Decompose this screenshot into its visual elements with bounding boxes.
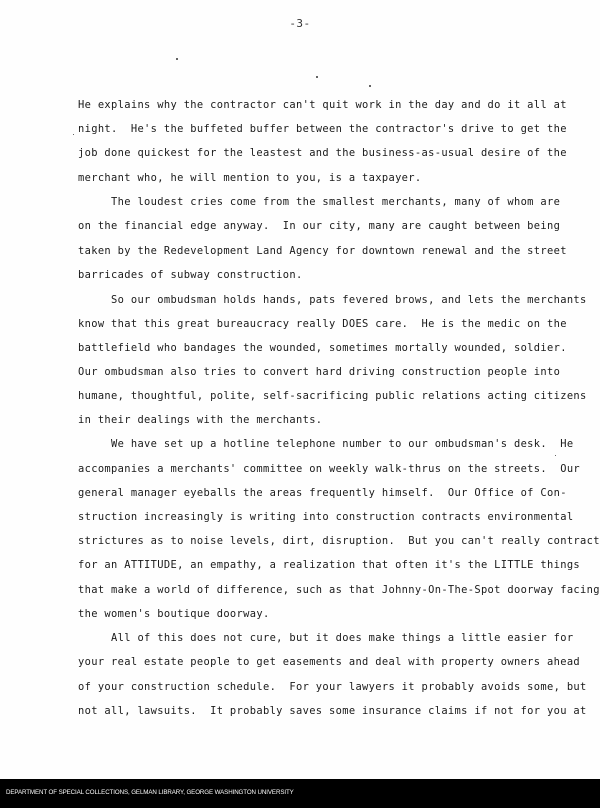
text-line: We have set up a hotline telephone numbe… xyxy=(78,438,573,450)
text-line: strictures as to noise levels, dirt, dis… xyxy=(78,535,600,547)
text-line: Our ombudsman also tries to convert hard… xyxy=(78,366,560,378)
text-line: battlefield who bandages the wounded, so… xyxy=(78,342,567,354)
text-line: your real estate people to get easements… xyxy=(78,656,580,668)
text-line: general manager eyeballs the areas frequ… xyxy=(78,487,567,499)
text-line: that make a world of difference, such as… xyxy=(78,584,600,596)
text-line: taken by the Redevelopment Land Agency f… xyxy=(78,245,567,257)
text-line: know that this great bureaucracy really … xyxy=(78,318,567,330)
text-line: accompanies a merchants' committee on we… xyxy=(78,463,580,475)
text-line: the women's boutique doorway. xyxy=(78,608,270,620)
document-page: -3- He explains why the contractor can't… xyxy=(0,0,600,779)
scan-speck xyxy=(369,85,371,87)
text-line: So our ombudsman holds hands, pats fever… xyxy=(78,294,587,306)
text-line: in their dealings with the merchants. xyxy=(78,414,322,426)
text-line: He explains why the contractor can't qui… xyxy=(78,99,567,111)
text-line: of your construction schedule. For your … xyxy=(78,681,587,693)
archive-credit: DEPARTMENT OF SPECIAL COLLECTIONS, GELMA… xyxy=(6,789,294,796)
text-line: on the financial edge anyway. In our cit… xyxy=(78,220,560,232)
text-line: struction increasingly is writing into c… xyxy=(78,511,573,523)
archive-footer-bar: DEPARTMENT OF SPECIAL COLLECTIONS, GELMA… xyxy=(0,779,600,808)
text-line: All of this does not cure, but it does m… xyxy=(78,632,573,644)
text-line: barricades of subway construction. xyxy=(78,269,303,281)
text-line: night. He's the buffeted buffer between … xyxy=(78,123,567,135)
text-line: humane, thoughtful, polite, self-sacrifi… xyxy=(78,390,587,402)
scan-speck xyxy=(316,76,318,78)
text-line: The loudest cries come from the smallest… xyxy=(78,196,560,208)
scan-speck xyxy=(555,455,556,456)
scan-speck xyxy=(73,134,74,135)
text-line: for an ATTITUDE, an empathy, a realizati… xyxy=(78,559,580,571)
page-number: -3- xyxy=(0,17,600,30)
text-line: job done quickest for the leastest and t… xyxy=(78,147,567,159)
text-line: merchant who, he will mention to you, is… xyxy=(78,172,422,184)
scan-speck xyxy=(176,58,178,60)
text-line: not all, lawsuits. It probably saves som… xyxy=(78,705,587,717)
